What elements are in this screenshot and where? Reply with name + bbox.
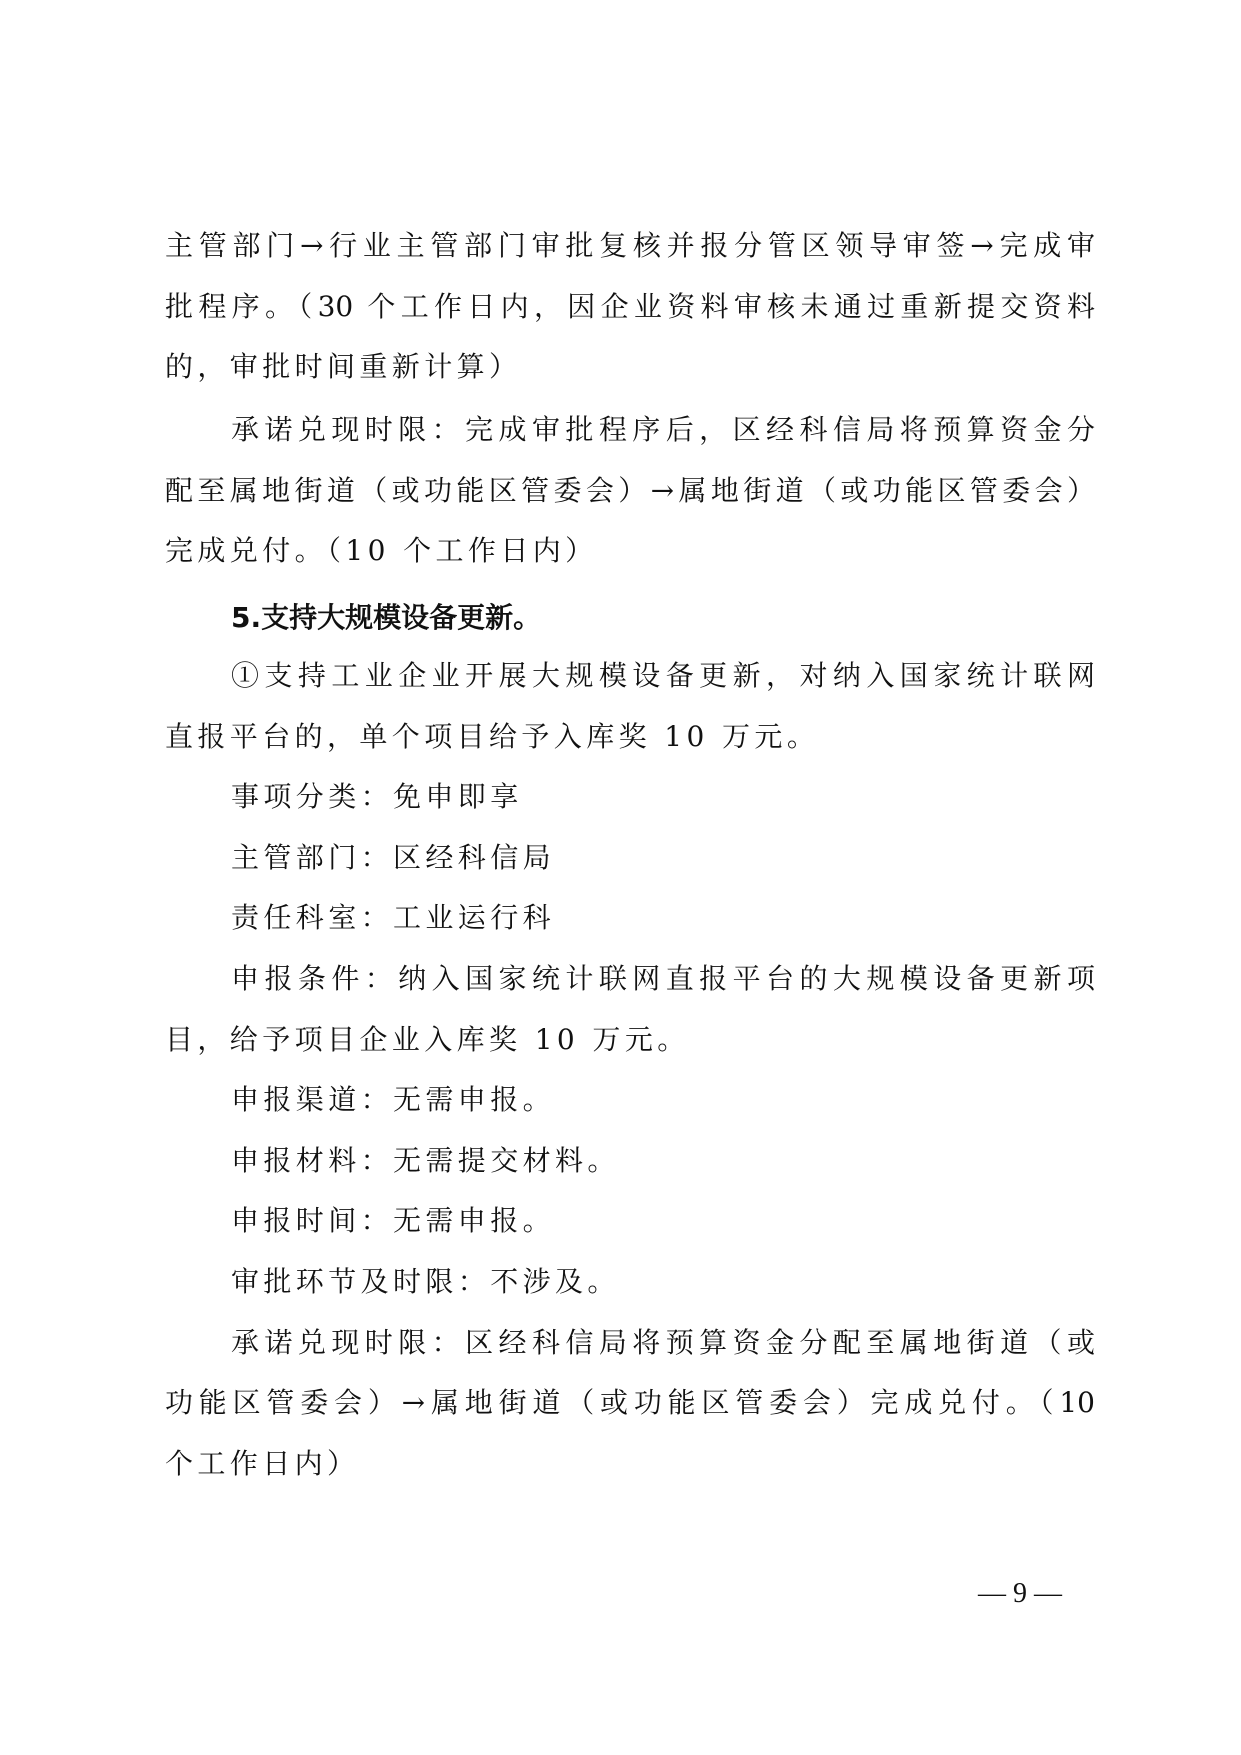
field-item-office: 责任科室：工业运行科: [231, 901, 1095, 935]
paragraph-line: 个工作日内）: [165, 1447, 1095, 1481]
paragraph-line: 承诺兑现时限：完成审批程序后，区经科信局将预算资金分: [231, 413, 1095, 447]
page-number: — 9 —: [960, 1578, 1080, 1610]
field-item-department: 主管部门：区经科信局: [231, 841, 1095, 875]
field-item-materials: 申报材料：无需提交材料。: [231, 1144, 1095, 1178]
field-item-fulfillment: 承诺兑现时限：区经科信局将预算资金分配至属地街道（或: [231, 1326, 1095, 1360]
paragraph-line: 完成兑付。（10 个工作日内）: [165, 534, 1095, 568]
paragraph-line: 主管部门→行业主管部门审批复核并报分管区领导审签→完成审: [165, 229, 1095, 263]
section-heading: 5.支持大规模设备更新。: [231, 601, 1095, 635]
paragraph-line: ①支持工业企业开展大规模设备更新，对纳入国家统计联网: [231, 659, 1095, 693]
paragraph-line: 功能区管委会）→属地街道（或功能区管委会）完成兑付。（10: [165, 1386, 1095, 1420]
field-item-channel: 申报渠道：无需申报。: [231, 1083, 1095, 1117]
paragraph-line: 的，审批时间重新计算）: [165, 350, 1095, 384]
field-item-time: 申报时间：无需申报。: [231, 1204, 1095, 1238]
field-item-conditions: 申报条件：纳入国家统计联网直报平台的大规模设备更新项: [231, 962, 1095, 996]
document-page: 主管部门→行业主管部门审批复核并报分管区领导审签→完成审 批程序。（30 个工作…: [0, 0, 1241, 1755]
paragraph-line: 批程序。（30 个工作日内，因企业资料审核未通过重新提交资料: [165, 290, 1095, 324]
field-item-approval: 审批环节及时限：不涉及。: [231, 1265, 1095, 1299]
paragraph-line: 配至属地街道（或功能区管委会）→属地街道（或功能区管委会）: [165, 474, 1095, 508]
paragraph-line: 直报平台的，单个项目给予入库奖 10 万元。: [165, 720, 1095, 754]
paragraph-line: 目，给予项目企业入库奖 10 万元。: [165, 1023, 1095, 1057]
field-item-category: 事项分类：免申即享: [231, 780, 1095, 814]
